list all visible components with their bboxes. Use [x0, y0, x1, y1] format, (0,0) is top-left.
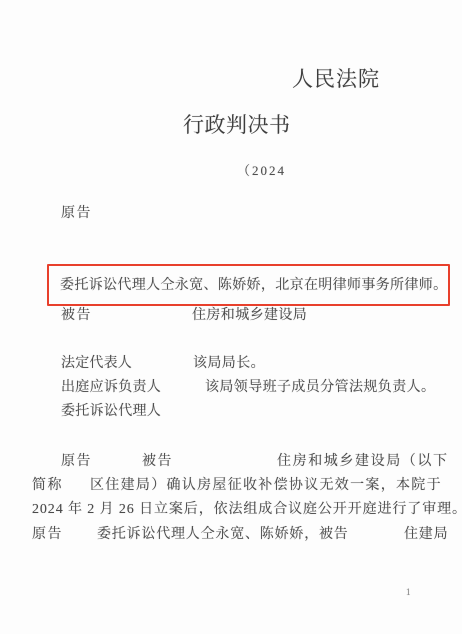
- para-line2-abbrev-label: 简称: [32, 477, 63, 495]
- para-line2-text: 区住建局）确认房屋征收补偿协议无效一案，本院于: [90, 477, 442, 495]
- court-name: 人民法院: [292, 66, 380, 92]
- para-line1-defendant-name: 住房和城乡建设局（以下: [277, 453, 449, 471]
- defendant-label: 被告: [61, 307, 92, 325]
- plaintiff-label: 原告: [61, 205, 92, 223]
- judgment-document-page: 人民法院 行政判决书 （2024 原告 委托诉讼代理人仝永宽、陈娇娇，北京在明律…: [0, 0, 462, 634]
- page-number: 1: [406, 587, 411, 598]
- para-line4-text: 委托诉讼代理人仝永宽、陈娇娇，被告: [97, 526, 349, 544]
- legal-rep-value: 该局局长。: [193, 355, 265, 373]
- case-number-prefix: （2024: [237, 163, 286, 179]
- para-line1-plaintiff: 原告: [61, 453, 92, 471]
- defendant-name: 住房和城乡建设局: [192, 307, 307, 325]
- legal-rep-label: 法定代表人: [61, 355, 132, 373]
- para-line1-defendant: 被告: [142, 453, 173, 471]
- agent-label: 委托诉讼代理人: [61, 403, 161, 421]
- para-line3-text: 2024 年 2 月 26 日立案后，依法组成合议庭公开开庭进行了审理。: [32, 501, 462, 519]
- para-line4-defendant-abbrev: 住建局: [404, 526, 448, 544]
- document-title: 行政判决书: [183, 112, 291, 138]
- appearance-officer-value: 该局领导班子成员分管法规负责人。: [205, 379, 435, 397]
- agent-line: 委托诉讼代理人仝永宽、陈娇娇，北京在明律师事务所律师。: [60, 277, 447, 295]
- appearance-officer-label: 出庭应诉负责人: [61, 379, 161, 397]
- para-line4-plaintiff: 原告: [32, 526, 63, 544]
